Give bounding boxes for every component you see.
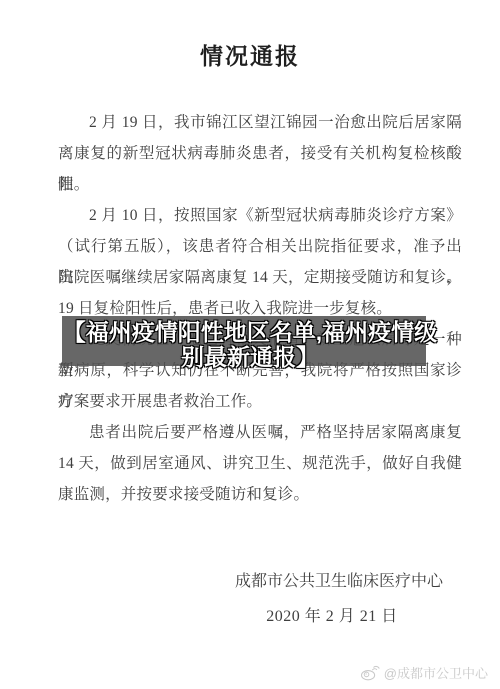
weibo-icon [360,664,380,681]
signature-name: 成都市公共卫生临床医疗中心 [235,572,443,592]
body-line: 2 月 19 日，我市锦江区望江锦园一治愈出院后居家隔 [58,107,462,138]
watermark: @成都市公卫中心 [360,663,488,682]
document-title: 情况通报 [0,38,500,71]
signature-block: 成都市公共卫生临床医疗中心 2020 年 2 月 21 日 [235,572,443,627]
body-line: 出院医嘱继续居家隔离康复 14 天，定期接受随访和复诊。 [58,262,462,293]
caption-headline: 【福州疫情阳性地区名单,福州疫情级 别最新通报】 [40,320,460,370]
signature-date: 2020 年 2 月 21 日 [235,607,429,627]
caption-headline-line2: 别最新通报】 [40,345,460,370]
body-line: （试行第五版），该患者符合相关出院指征要求，准予出院， [58,231,462,262]
body-line: 康监测，并按要求接受随访和复诊。 [58,479,462,510]
watermark-handle: @成都市公卫中心 [384,663,488,682]
body-line: 离康复的新型冠状病毒肺炎患者，接受有关机构复检核酸阳 [58,138,462,169]
body-line: 患者出院后要严格遵从医嘱，严格坚持居家隔离康复 [58,417,462,448]
body-line: 性。 [58,169,462,200]
document-page: 情况通报 2 月 19 日，我市锦江区望江锦园一治愈出院后居家隔 离康复的新型冠… [0,0,500,689]
body-line: 14 天，做到居室通风、讲究卫生、规范洗手，做好自我健 [58,448,462,479]
body-line: 方案要求开展患者救治工作。 [58,386,462,417]
caption-headline-line1: 【福州疫情阳性地区名单,福州疫情级 [40,320,460,345]
document-body: 2 月 19 日，我市锦江区望江锦园一治愈出院后居家隔 离康复的新型冠状病毒肺炎… [58,107,462,510]
body-line: 2 月 10 日，按照国家《新型冠状病毒肺炎诊疗方案》 [58,200,462,231]
